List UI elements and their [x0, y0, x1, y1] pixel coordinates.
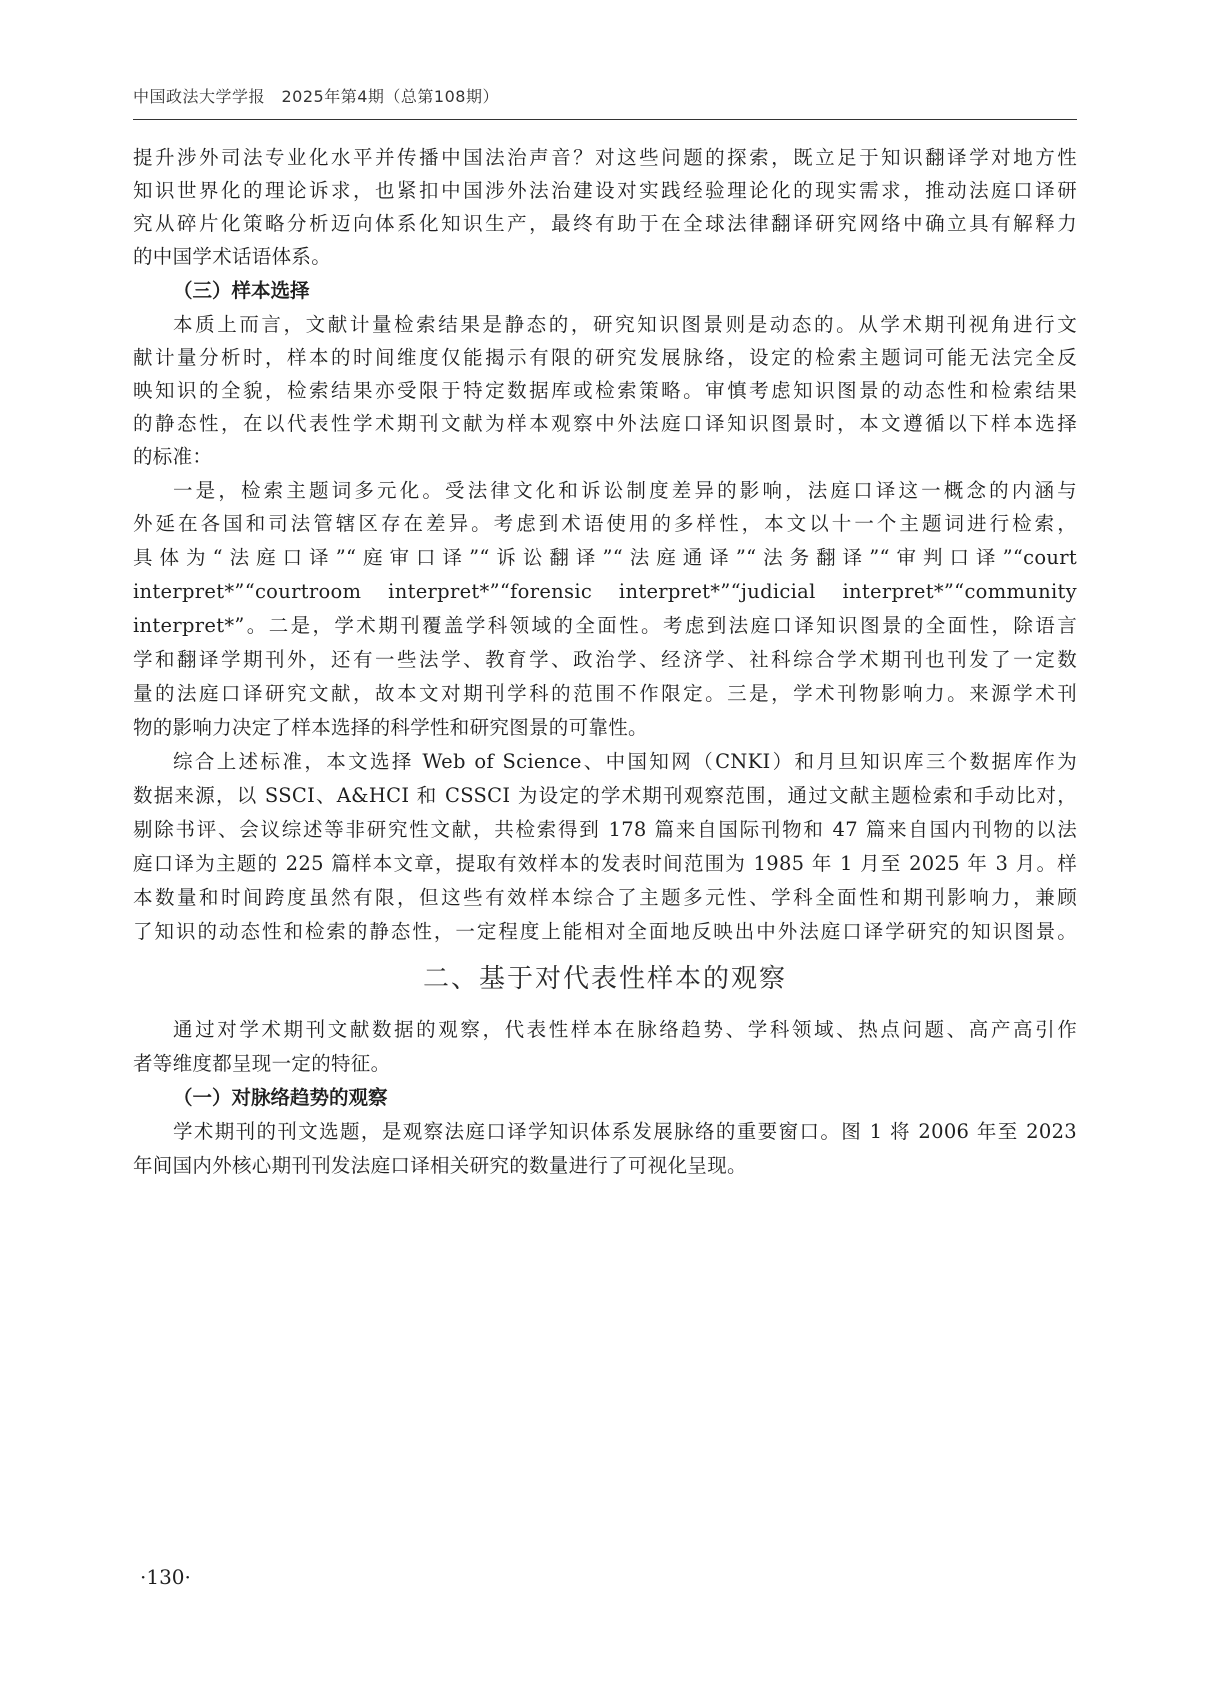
paragraph-line: 究从碎片化策略分析迈向体系化知识生产，最终有助于在全球法律翻译研究网络中确立具有… [133, 207, 1077, 240]
page-number: ·130· [140, 1565, 191, 1589]
paragraph-line: 映知识的全貌，检索结果亦受限于特定数据库或检索策略。审慎考虑知识图景的动态性和检… [133, 374, 1077, 407]
paragraph-line: 本质上而言，文献计量检索结果是静态的，研究知识图景则是动态的。从学术期刊视角进行… [173, 308, 1077, 341]
running-header: 中国政法大学学报 2025年第4期（总第108期） [133, 84, 1077, 107]
paragraph-line: 物的影响力决定了样本选择的科学性和研究图景的可靠性。 [133, 711, 1077, 744]
paragraph-line: 具体为“法庭口译”“庭审口译”“诉讼翻译”“法庭通译”“法务翻译”“审判口译”“… [133, 541, 1077, 574]
paragraph-line: 的静态性，在以代表性学术期刊文献为样本观察中外法庭口译知识图景时，本文遵循以下样… [133, 407, 1077, 440]
paragraph-line: 者等维度都呈现一定的特征。 [133, 1047, 1077, 1080]
paragraph-line: 了知识的动态性和检索的静态性，一定程度上能相对全面地反映出中外法庭口译学研究的知… [133, 915, 1077, 948]
paragraph-line: 剔除书评、会议综述等非研究性文献，共检索得到 178 篇来自国际刊物和 47 篇… [133, 813, 1077, 846]
paragraph-line: 提升涉外司法专业化水平并传播中国法治声音？对这些问题的探索，既立足于知识翻译学对… [133, 141, 1077, 174]
paragraph-line: interpret*”“courtroom interpret*”“forens… [133, 575, 1077, 608]
paragraph-line: interpret*”。二是，学术期刊覆盖学科领域的全面性。考虑到法庭口译知识图… [133, 609, 1077, 642]
subheading-sample-selection: （三）样本选择 [173, 274, 310, 307]
paragraph-line: 年间国内外核心期刊刊发法庭口译相关研究的数量进行了可视化呈现。 [133, 1149, 1077, 1182]
paragraph-line: 量的法庭口译研究文献，故本文对期刊学科的范围不作限定。三是，学术刊物影响力。来源… [133, 677, 1077, 710]
subheading-trend-observation: （一）对脉络趋势的观察 [173, 1081, 388, 1114]
paragraph-line: 本数量和时间跨度虽然有限，但这些有效样本综合了主题多元性、学科全面性和期刊影响力… [133, 881, 1077, 914]
header-rule [133, 119, 1077, 120]
paragraph-line: 一是，检索主题词多元化。受法律文化和诉讼制度差异的影响，法庭口译这一概念的内涵与 [173, 474, 1077, 507]
paragraph-line: 庭口译为主题的 225 篇样本文章，提取有效样本的发表时间范围为 1985 年 … [133, 847, 1077, 880]
paragraph-line: 献计量分析时，样本的时间维度仅能揭示有限的研究发展脉络，设定的检索主题词可能无法… [133, 341, 1077, 374]
paragraph-line: 学和翻译学期刊外，还有一些法学、教育学、政治学、经济学、社科综合学术期刊也刊发了… [133, 643, 1077, 676]
paragraph-line: 的标准： [133, 440, 1077, 473]
paragraph-line: 通过对学术期刊文献数据的观察，代表性样本在脉络趋势、学科领域、热点问题、高产高引… [173, 1013, 1077, 1046]
paragraph-line: 数据来源，以 SSCI、A&HCI 和 CSSCI 为设定的学术期刊观察范围，通… [133, 779, 1077, 812]
paragraph-line: 的中国学术话语体系。 [133, 240, 1077, 273]
paragraph-line: 学术期刊的刊文选题，是观察法庭口译学知识体系发展脉络的重要窗口。图 1 将 20… [173, 1115, 1077, 1148]
paragraph-line: 知识世界化的理论诉求，也紧扣中国涉外法治建设对实践经验理论化的现实需求，推动法庭… [133, 174, 1077, 207]
section-title: 二、基于对代表性样本的观察 [133, 958, 1077, 995]
paragraph-line: 综合上述标准，本文选择 Web of Science、中国知网（CNKI）和月旦… [173, 745, 1077, 778]
paragraph-line: 外延在各国和司法管辖区存在差异。考虑到术语使用的多样性，本文以十一个主题词进行检… [133, 507, 1077, 540]
